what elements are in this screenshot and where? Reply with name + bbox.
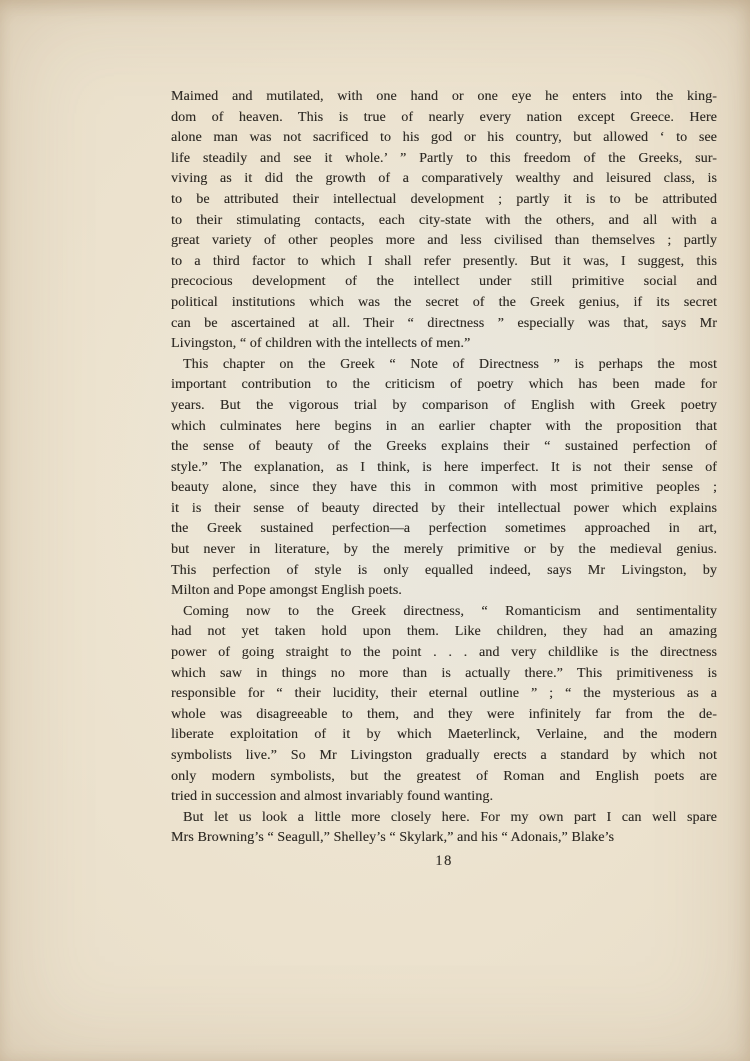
paragraph: This chapter on the Greek “ Note of Dire… bbox=[171, 355, 717, 602]
book-page-scan: Maimed and mutilated, with one hand or o… bbox=[0, 0, 750, 1061]
text-line: to a third factor to which I shall refer… bbox=[171, 252, 717, 273]
text-line: important contribution to the criticism … bbox=[171, 375, 717, 396]
text-line: alone man was not sacrificed to his god … bbox=[171, 128, 717, 149]
text-line: had not yet taken hold upon them. Like c… bbox=[171, 622, 717, 643]
text-line: but never in literature, by the merely p… bbox=[171, 540, 717, 561]
text-line: years. But the vigorous trial by compari… bbox=[171, 396, 717, 417]
text-line: Coming now to the Greek directness, “ Ro… bbox=[171, 602, 717, 623]
text-line: This perfection of style is only equalle… bbox=[171, 561, 717, 582]
text-line: the Greek sustained perfection—a perfect… bbox=[171, 519, 717, 540]
text-line: But let us look a little more closely he… bbox=[171, 808, 717, 829]
text-line: only modern symbolists, but the greatest… bbox=[171, 767, 717, 788]
paragraph: But let us look a little more closely he… bbox=[171, 808, 717, 849]
text-line: it is their sense of beauty directed by … bbox=[171, 499, 717, 520]
text-line: Maimed and mutilated, with one hand or o… bbox=[171, 87, 717, 108]
text-line: which culminates here begins in an earli… bbox=[171, 417, 717, 438]
text-line: tried in succession and almost invariabl… bbox=[171, 787, 717, 808]
text-line: great variety of other peoples more and … bbox=[171, 231, 717, 252]
page-number: 18 bbox=[171, 851, 717, 872]
text-line: the sense of beauty of the Greeks explai… bbox=[171, 437, 717, 458]
text-line: to be attributed their intellectual deve… bbox=[171, 190, 717, 211]
paragraph: Coming now to the Greek directness, “ Ro… bbox=[171, 602, 717, 808]
text-line: Milton and Pope amongst English poets. bbox=[171, 581, 717, 602]
text-line: This chapter on the Greek “ Note of Dire… bbox=[171, 355, 717, 376]
text-line: life steadily and see it whole.’ ” Partl… bbox=[171, 149, 717, 170]
text-line: liberate exploitation of it by which Mae… bbox=[171, 725, 717, 746]
text-line: symbolists live.” So Mr Livingston gradu… bbox=[171, 746, 717, 767]
text-line: Livingston, “ of children with the intel… bbox=[171, 334, 717, 355]
text-line: style.” The explanation, as I think, is … bbox=[171, 458, 717, 479]
text-line: to their stimulating contacts, each city… bbox=[171, 211, 717, 232]
text-block: Maimed and mutilated, with one hand or o… bbox=[171, 87, 717, 872]
text-line: which saw in things no more than is actu… bbox=[171, 664, 717, 685]
text-line: political institutions which was the sec… bbox=[171, 293, 717, 314]
text-line: can be ascertained at all. Their “ direc… bbox=[171, 314, 717, 335]
text-line: whole was disagreeable to them, and they… bbox=[171, 705, 717, 726]
text-line: power of going straight to the point . .… bbox=[171, 643, 717, 664]
text-line: viving as it did the growth of a compara… bbox=[171, 169, 717, 190]
paragraph: Maimed and mutilated, with one hand or o… bbox=[171, 87, 717, 355]
text-line: Mrs Browning’s “ Seagull,” Shelley’s “ S… bbox=[171, 828, 717, 849]
text-line: beauty alone, since they have this in co… bbox=[171, 478, 717, 499]
text-line: dom of heaven. This is true of nearly ev… bbox=[171, 108, 717, 129]
text-line: responsible for “ their lucidity, their … bbox=[171, 684, 717, 705]
text-line: precocious development of the intellect … bbox=[171, 272, 717, 293]
